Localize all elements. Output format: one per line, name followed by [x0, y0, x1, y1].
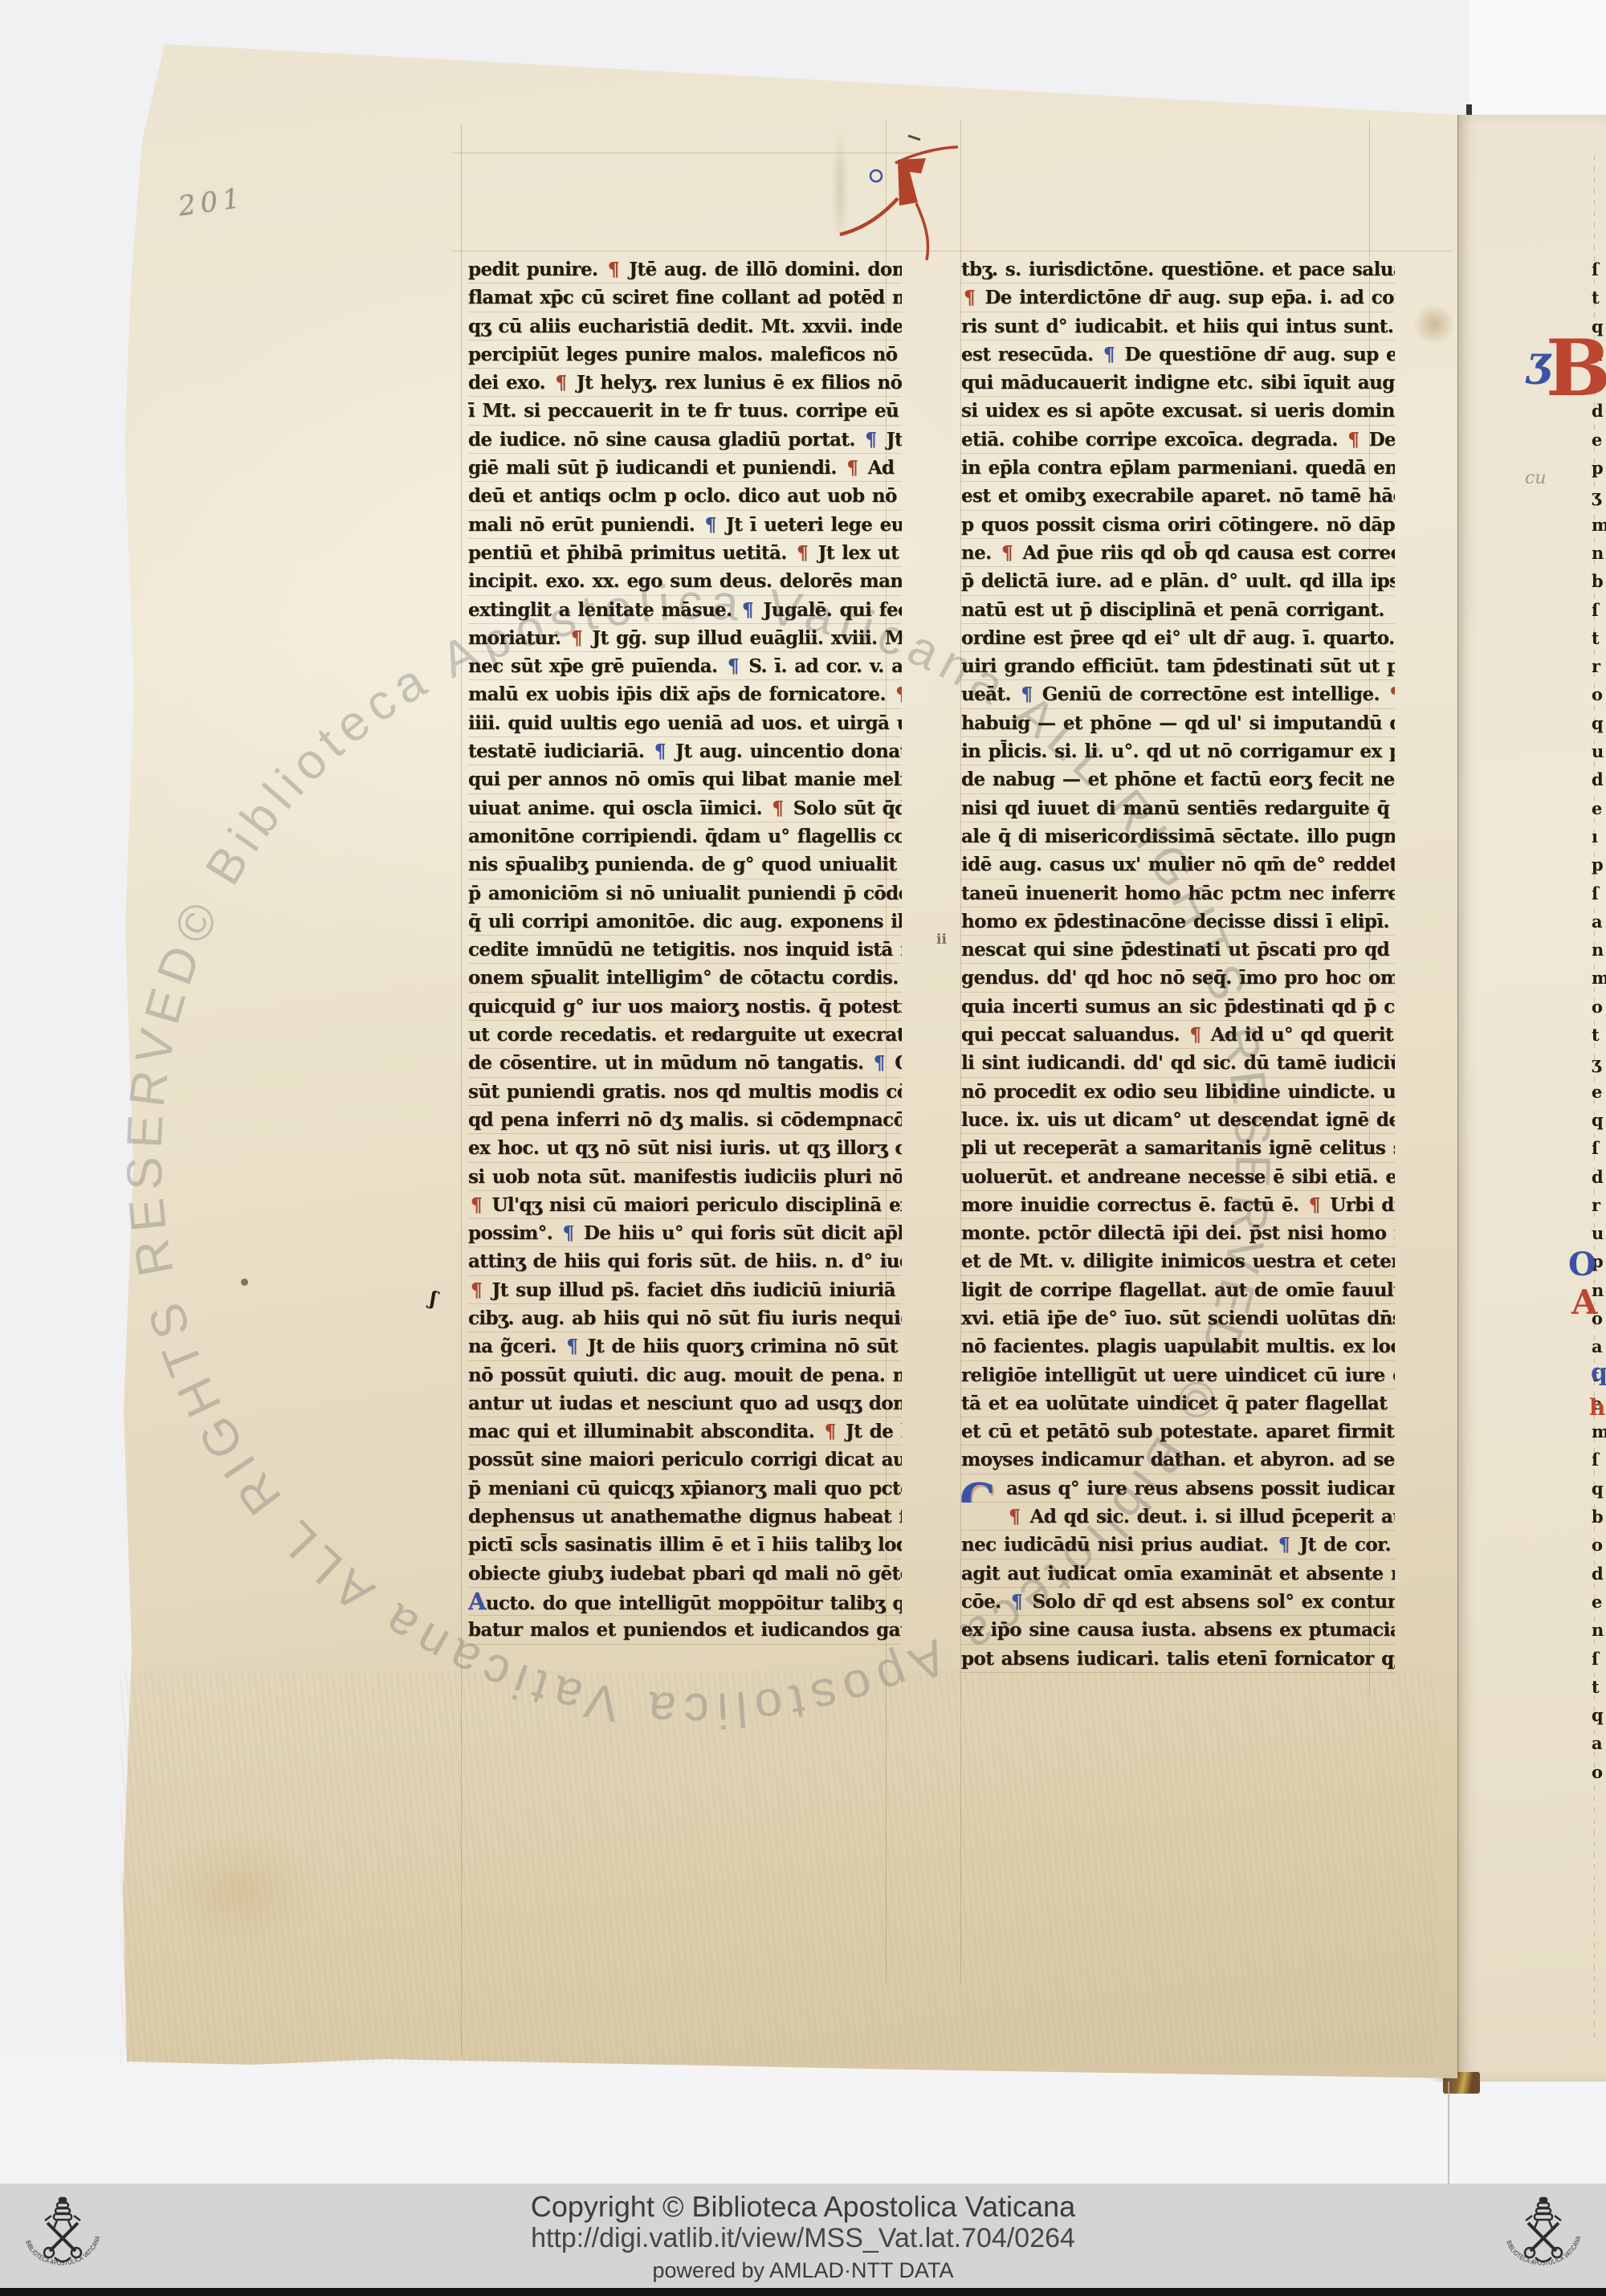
manuscript-text-line: li sint iudicandi. dd' qd sic. dū tamē i…: [961, 1049, 1395, 1077]
manuscript-text-line: dei exo. ¶ Jt helyʒ. rex lunius ē ex fil…: [468, 369, 902, 397]
facing-small-mark-red: h: [1589, 1397, 1605, 1419]
stain: [241, 1279, 248, 1286]
cutoff-letter: ſ: [1592, 879, 1606, 907]
blue-paragraph-mark: ¶: [703, 514, 719, 536]
cutoff-letter: q: [1592, 1701, 1606, 1729]
manuscript-text-line: est resecūda. ¶ De questiōne dr̄ aug. su…: [961, 341, 1395, 369]
facing-page-cutoff-text: ſtqaodepʒmnbſtroqudeıpſanmotʒeqſdrupnoat…: [1592, 255, 1606, 1786]
manuscript-text-line: qui māducauerit indigne etc. sibi īquit …: [961, 369, 1395, 397]
vatican-library-logo-icon: BIBLIOTECA APOSTOLICA VATICANA: [22, 2193, 103, 2290]
red-paragraph-mark: ¶: [844, 457, 860, 479]
red-paragraph-mark: ¶: [1345, 429, 1361, 451]
manuscript-text-line: nis sp̄ualibʒ punienda. de g° quod uniua…: [468, 850, 902, 879]
marginal-note: ii: [936, 932, 947, 948]
manuscript-text-line: et de Mt. v. diligite inimicos uestra et…: [961, 1247, 1395, 1275]
stain: [1413, 304, 1455, 345]
manuscript-text-line: idē aug. casus ux' mulier nō qm̄ de° red…: [961, 850, 1395, 879]
red-paragraph-mark: ¶: [893, 683, 902, 705]
blue-paragraph-mark: ¶: [1018, 683, 1034, 705]
cutoff-letter: ſ: [1592, 1645, 1606, 1673]
manuscript-text-line: p quos possit cisma oriri cōtingere. nō …: [961, 511, 1395, 539]
blue-paragraph-mark: ¶: [564, 1336, 580, 1357]
red-paragraph-mark: ¶: [1306, 1194, 1323, 1216]
manuscript-text-line: nisi qd iuuet di manū sentiēs redarguite…: [961, 794, 1395, 822]
manuscript-text-line: agit aut iudicat omīa examināt et absent…: [961, 1560, 1395, 1588]
facing-initial-red: B: [1546, 330, 1606, 407]
manuscript-text-line: luce. ix. uis ut dicam° ut descendat ign…: [961, 1106, 1395, 1134]
manuscript-text-line: testatē iudiciariā. ¶ Jt aug. uincentio …: [468, 737, 902, 765]
red-paragraph-mark: ¶: [1387, 683, 1395, 705]
cutoff-letter: u: [1592, 1219, 1606, 1247]
cutoff-letter: a: [1592, 907, 1606, 936]
manuscript-text-line: iiii. quid uultis ego ueniā ad uos. et u…: [468, 709, 902, 737]
manuscript-text-line: pli ut receperāt a samaritanis ignē celi…: [961, 1134, 1395, 1162]
facing-small-initial-blue: O: [1568, 1249, 1596, 1281]
cutoff-letter: o: [1592, 1531, 1606, 1559]
manuscript-text-line: si uidex es si apōte excusat. si ueris d…: [961, 397, 1395, 425]
red-paragraph-mark: ¶: [794, 542, 810, 564]
blue-paragraph-mark: ¶: [740, 599, 756, 621]
manuscript-text-line: de cōsentire. ut in mūdum nō tangatis. ¶…: [468, 1049, 902, 1077]
manuscript-text-line: nescat qui sine p̄destinati ut p̄scati p…: [961, 936, 1395, 964]
manuscript-text-line: onem sp̄ualit intelligim° de cōtactu cor…: [468, 964, 902, 992]
text-column-right: tbʒ. s. iurisdictōne. questiōne. et pace…: [961, 255, 1395, 1673]
red-paragraph-mark: ¶: [605, 259, 622, 280]
cutoff-letter: e: [1592, 426, 1606, 454]
manuscript-text-line: ne. ¶ Ad p̄ue riis qd ob̄ qd causa est c…: [961, 539, 1395, 567]
cutoff-letter: n: [1592, 1616, 1606, 1644]
manuscript-text-line: xvi. etiā ip̄e de° īuo. sūt sciendi uolū…: [961, 1304, 1395, 1332]
cutoff-letter: t: [1592, 624, 1606, 652]
cutoff-letter: q: [1592, 709, 1606, 737]
cutoff-letter: q: [1592, 1474, 1606, 1503]
manuscript-text-line: ordine est p̄ree qd ei° ult dr̄ aug. ī. …: [961, 624, 1395, 652]
red-paragraph-mark: ¶: [468, 1194, 484, 1216]
manuscript-text-line: pot absens iudicari. talis etenī fornica…: [961, 1645, 1395, 1673]
manuscript-text-line: de iudice. nō sine causa gladiū portat. …: [468, 426, 902, 454]
manuscript-text-line: cōe. ¶ Solo dr̄ qd est absens sol° ex co…: [961, 1588, 1395, 1616]
text-column-left: pedit punire. ¶ Jtē aug. de illō domini.…: [468, 255, 902, 1645]
manuscript-text-line: ueāt. ¶ Geniū de correctōne est intellig…: [961, 680, 1395, 708]
manuscript-text-line: in ep̄la contra ep̄lam parmeniani. quedā…: [961, 454, 1395, 482]
decorated-initial: C: [961, 1476, 995, 1503]
scan-background-bright: [1469, 0, 1606, 117]
manuscript-text-line: tā et ea uolūtate uindicet q̄ pater flag…: [961, 1389, 1395, 1417]
digitized-manuscript-scan: ſtqaodepʒmnbſtroqudeıpſanmotʒeqſdrupnoat…: [0, 0, 1606, 2296]
ruling-line: [452, 153, 934, 153]
cutoff-letter: r: [1592, 652, 1606, 680]
scan-bottom-edge: [0, 2288, 1606, 2296]
manuscript-text-line: et cū et petātō sub potestate. aparet fi…: [961, 1417, 1395, 1446]
cutoff-letter: e: [1592, 1588, 1606, 1616]
cutoff-letter: ſ: [1592, 596, 1606, 624]
manuscript-text-line: p̄ amoniciōm si nō uniualit puniendi p̄ …: [468, 879, 902, 907]
cutoff-letter: q: [1592, 1106, 1606, 1134]
manuscript-text-line: pedit punire. ¶ Jtē aug. de illō domini.…: [468, 255, 902, 283]
cutoff-letter: ʒ: [1592, 1049, 1606, 1077]
manuscript-text-line: sūt puniendi gratis. nos qd multis modis…: [468, 1078, 902, 1106]
manuscript-text-line: malū ex uobis ip̄is dix̄ ap̄s de fornica…: [468, 680, 902, 708]
manuscript-text-line: batur malos et puniendos et iudicandos g…: [468, 1616, 902, 1644]
cutoff-letter: o: [1592, 993, 1606, 1021]
manuscript-text-line: uoluerūt. et andreane necesse ē sibi eti…: [961, 1163, 1395, 1191]
manuscript-text-line: in pl̄icis. si. li. u°. qd ut nō corriga…: [961, 737, 1395, 765]
manuscript-text-line: ¶ Jt sup illud ps̄. faciet dn̄s iudiciū …: [468, 1276, 902, 1304]
facing-small-mark-blue: q: [1591, 1361, 1606, 1385]
cutoff-letter: ʒ: [1592, 482, 1606, 510]
red-paragraph-mark: ¶: [961, 287, 977, 308]
cutoff-letter: ſ: [1592, 1446, 1606, 1474]
manuscript-text-line: incipit. exo. xx. ego sum deus. delorēs …: [468, 567, 902, 595]
manuscript-text-line: Aucto. do que intelligūt moppōitur talib…: [468, 1588, 902, 1616]
manuscript-text-line: Casus q° iure reus absens possit iudicar…: [961, 1474, 1395, 1503]
manuscript-text-line: si uob nota sūt. manifestis iudiciis plu…: [468, 1163, 902, 1191]
page-edge-seam: [1448, 2082, 1449, 2184]
cutoff-letter: t: [1592, 1021, 1606, 1049]
manuscript-text-line: moyses indicamur dathan. et abyron. ad s…: [961, 1446, 1395, 1474]
red-paragraph-mark: ¶: [999, 542, 1015, 564]
footer-url: http://digi.vatlib.it/view/MSS_Vat.lat.7…: [0, 2223, 1606, 2254]
red-paragraph-mark: ¶: [769, 797, 785, 819]
blue-paragraph-mark: ¶: [652, 740, 668, 762]
manuscript-text-line: cedite imnūdū ne tetigitis. nos inquid i…: [468, 936, 902, 964]
manuscript-text-line: cibʒ. aug. ab hiis qui nō sūt fiu iuris …: [468, 1304, 902, 1332]
pencil-note: cu: [1525, 468, 1547, 488]
cutoff-letter: r: [1592, 1191, 1606, 1219]
manuscript-text-line: antur ut iudas et nesciunt quo ad usqʒ d…: [468, 1389, 902, 1417]
footer-bar: Copyright © Biblioteca Apostolica Vatica…: [0, 2184, 1606, 2288]
manuscript-text-line: p̄ meniani cū quicqʒ xp̄ianorʒ mali quo …: [468, 1474, 902, 1503]
manuscript-text-line: p̄ delictā iure. ad e plān. d° uult. qd …: [961, 567, 1395, 595]
blue-paragraph-mark: ¶: [1276, 1534, 1292, 1556]
manuscript-text-line: homo ex p̄destinacōne decisse dissi ī el…: [961, 907, 1395, 936]
manuscript-text-line: extinglit a lenitate māsue. ¶ Jugalē. qu…: [468, 596, 902, 624]
manuscript-text-line: moriatur. ¶ Jt gḡ. sup illud euāglii. xv…: [468, 624, 902, 652]
red-paragraph-mark: ¶: [552, 372, 569, 394]
manuscript-text-line: attinʒ de hiis qui foris sūt. de hiis. n…: [468, 1247, 902, 1275]
cutoff-letter: a: [1592, 1332, 1606, 1360]
manuscript-text-line: gendus. dd' qd hoc nō seq̄. īmo pro hoc …: [961, 964, 1395, 992]
ruling-line: [452, 251, 1452, 251]
manuscript-text-line: quia incerti sumus an sic p̄destinati qd…: [961, 993, 1395, 1021]
manuscript-text-line: ¶ Ul'qʒ nisi cū maiori periculo discipli…: [468, 1191, 902, 1219]
manuscript-text-line: ligit de corripe flagellat. aut de omīe …: [961, 1276, 1395, 1304]
manuscript-text-line: mac qui et illuminabit abscondita. ¶ Jt …: [468, 1417, 902, 1446]
cutoff-letter: m: [1592, 964, 1606, 992]
red-paragraph-mark: ¶: [569, 627, 585, 649]
facing-small-initial-red: A: [1571, 1286, 1598, 1319]
facing-page-edge: ſtqaodepʒmnbſtroqudeıpſanmotʒeqſdrupnoat…: [1456, 115, 1606, 2082]
ruling-line: [461, 125, 462, 2056]
manuscript-text-line: ale q̄ di misericordissimā sēctate. illo…: [961, 822, 1395, 850]
blue-paragraph-mark: ¶: [560, 1222, 577, 1244]
manuscript-text-line: quicquid g° iur uos maiorʒ nostis. q̄ po…: [468, 993, 902, 1021]
blue-paragraph-mark: ¶: [1101, 344, 1117, 365]
red-paragraph-mark: ¶: [468, 1279, 484, 1301]
manuscript-text-line: ¶ Ad qd sic. deut. i. si illud p̄ceperit…: [961, 1503, 1395, 1531]
cutoff-letter: n: [1592, 936, 1606, 964]
blue-paragraph-mark: ¶: [862, 429, 878, 451]
cutoff-letter: u: [1592, 737, 1606, 765]
manuscript-text-line: pictī scl̄s sasinatis illim ē et ī hiis …: [468, 1531, 902, 1559]
manuscript-text-line: uiri grando efficiūt. tam p̄destinati sū…: [961, 652, 1395, 680]
manuscript-text-line: est et omibʒ execrabile aparet. nō tamē …: [961, 482, 1395, 510]
footer-powered-by: powered by AMLAD·NTT DATA: [0, 2258, 1606, 2283]
cutoff-letter: o: [1592, 680, 1606, 708]
manuscript-text-line: natū est ut p̄ disciplinā et penā corrig…: [961, 596, 1395, 624]
manuscript-text-line: monte. pctōr dilectā ip̄i dei. p̄st nisi…: [961, 1219, 1395, 1247]
cutoff-letter: d: [1592, 1560, 1606, 1588]
cutoff-letter: e: [1592, 1078, 1606, 1106]
manuscript-text-line: nec sūt xp̄e grē puīenda. ¶ S. ī. ad cor…: [468, 652, 902, 680]
manuscript-text-line: ī Mt. si peccauerit in te fr tuus. corri…: [468, 397, 902, 425]
manuscript-text-line: uiuat anime. qui oscla īimici. ¶ Solo sū…: [468, 794, 902, 822]
cutoff-letter: ſ: [1592, 255, 1606, 283]
cutoff-letter: b: [1592, 567, 1606, 595]
manuscript-text-line: nō facientes. plagis uapulabit multis. e…: [961, 1332, 1395, 1360]
cutoff-letter: e: [1592, 794, 1606, 822]
manuscript-text-line: qui peccat saluandus. ¶ Ad id u° qd quer…: [961, 1021, 1395, 1049]
cutoff-letter: ſ: [1592, 1134, 1606, 1162]
manuscript-text-line: nec iudicādū nisi prius audiat. ¶ Jt de …: [961, 1531, 1395, 1559]
stain: [161, 1831, 321, 1951]
manuscript-text-line: possim°. ¶ De hiis u° qui foris sūt dici…: [468, 1219, 902, 1247]
footer-copyright: Copyright © Biblioteca Apostolica Vatica…: [0, 2190, 1606, 2224]
manuscript-text-line: giē mali sūt p̄ iudicandi et puniendi. ¶…: [468, 454, 902, 482]
red-paragraph-mark: ¶: [1187, 1024, 1203, 1046]
blue-paragraph-mark: ¶: [725, 655, 741, 677]
cutoff-letter: p: [1592, 454, 1606, 482]
colored-initial: A: [468, 1588, 486, 1615]
manuscript-text-line: nō possūt quiuti. dic aug. mouit de pena…: [468, 1361, 902, 1389]
manuscript-text-line: etiā. cohibe corripe excoīca. degrada. ¶…: [961, 426, 1395, 454]
manuscript-text-line: qʒ cū aliis eucharistiā dedit. Mt. xxvii…: [468, 312, 902, 341]
manuscript-text-line: qui per annos nō omīs qui libat manie me…: [468, 765, 902, 793]
manuscript-text-line: qd pena inferri nō dʒ malis. si cōdempna…: [468, 1106, 902, 1134]
manuscript-text-line: na g̃ceri. ¶ Jt de hiis quorʒ crimina nō…: [468, 1332, 902, 1360]
manuscript-text-line: deū et antiqs oclm p oclo. dico aut uob …: [468, 482, 902, 510]
manuscript-text-line: more inuidie correctus ē. factū ē. ¶ Urb…: [961, 1191, 1395, 1219]
cutoff-letter: d: [1592, 765, 1606, 793]
manuscript-text-line: tbʒ. s. iurisdictōne. questiōne. et pace…: [961, 255, 1395, 283]
manuscript-text-line: ris sunt d° iudicabit. et hiis qui intus…: [961, 312, 1395, 341]
cutoff-letter: n: [1592, 539, 1606, 567]
manuscript-text-line: nō procedit ex odio seu libidine uindict…: [961, 1078, 1395, 1106]
manuscript-text-line: mali nō erūt puniendi. ¶ Jt ī ueteri leg…: [468, 511, 902, 539]
red-paragraph-mark: ¶: [1006, 1506, 1022, 1527]
red-paragraph-mark: ¶: [1392, 599, 1395, 621]
manuscript-text-line: obiecte giubʒ iudebat pbari qd mali nō g…: [468, 1560, 902, 1588]
smudge: [831, 128, 849, 249]
vatican-library-logo-icon: BIBLIOTECA APOSTOLICA VATICANA: [1503, 2193, 1584, 2290]
cutoff-letter: m: [1592, 511, 1606, 539]
cutoff-letter: m: [1592, 1417, 1606, 1446]
manuscript-text-line: habuig — et phōne — qd ul' si imputandū …: [961, 709, 1395, 737]
manuscript-text-line: q̄ uli corripi amonitōe. dic aug. expone…: [468, 907, 902, 936]
red-paragraph-mark: ¶: [822, 1421, 838, 1442]
manuscript-text-line: taneū inuenerit homo hāc pctm nec inferr…: [961, 879, 1395, 907]
manuscript-text-line: possūt sine maiori periculo corrigi dica…: [468, 1446, 902, 1474]
blue-paragraph-mark: ¶: [871, 1052, 887, 1074]
manuscript-text-line: ut corde recedatis. et redarguite ut exe…: [468, 1021, 902, 1049]
cutoff-letter: p: [1592, 850, 1606, 879]
cutoff-letter: a: [1592, 1729, 1606, 1757]
manuscript-text-line: de nabug — et phōne et factū eorʒ fecit …: [961, 765, 1395, 793]
manuscript-text-line: religiōe intelligūt ut uere uindicet cū …: [961, 1361, 1395, 1389]
manuscript-text-line: ¶ De interdictōne dr̄ aug. sup ep̄a. i. …: [961, 283, 1395, 312]
cutoff-letter: o: [1592, 1758, 1606, 1786]
manuscript-text-line: pentiū et p̄hibā primitus uetitā. ¶ Jt l…: [468, 539, 902, 567]
cutoff-letter: ı: [1592, 822, 1606, 850]
manuscript-text-line: dephensus ut anathemathe dignus habeat f…: [468, 1503, 902, 1531]
manuscript-text-line: amonitōne corripiendi. q̄dam u° flagelli…: [468, 822, 902, 850]
manuscript-text-line: ex ip̄o sine causa iusta. absens ex ptum…: [961, 1616, 1395, 1644]
manuscript-text-line: percipiūt leges punire malos. maleficos …: [468, 341, 902, 369]
manuscript-text-line: ex hoc. ut qʒ nō sūt nisi iuris. ut qʒ i…: [468, 1134, 902, 1162]
cutoff-letter: b: [1592, 1503, 1606, 1531]
cutoff-letter: t: [1592, 1673, 1606, 1701]
cutoff-letter: d: [1592, 1163, 1606, 1191]
blue-paragraph-mark: ¶: [1009, 1591, 1025, 1613]
manuscript-text-line: flamat xp̄c cū sciret fine collant ad po…: [468, 283, 902, 312]
cutoff-letter: t: [1592, 283, 1606, 312]
